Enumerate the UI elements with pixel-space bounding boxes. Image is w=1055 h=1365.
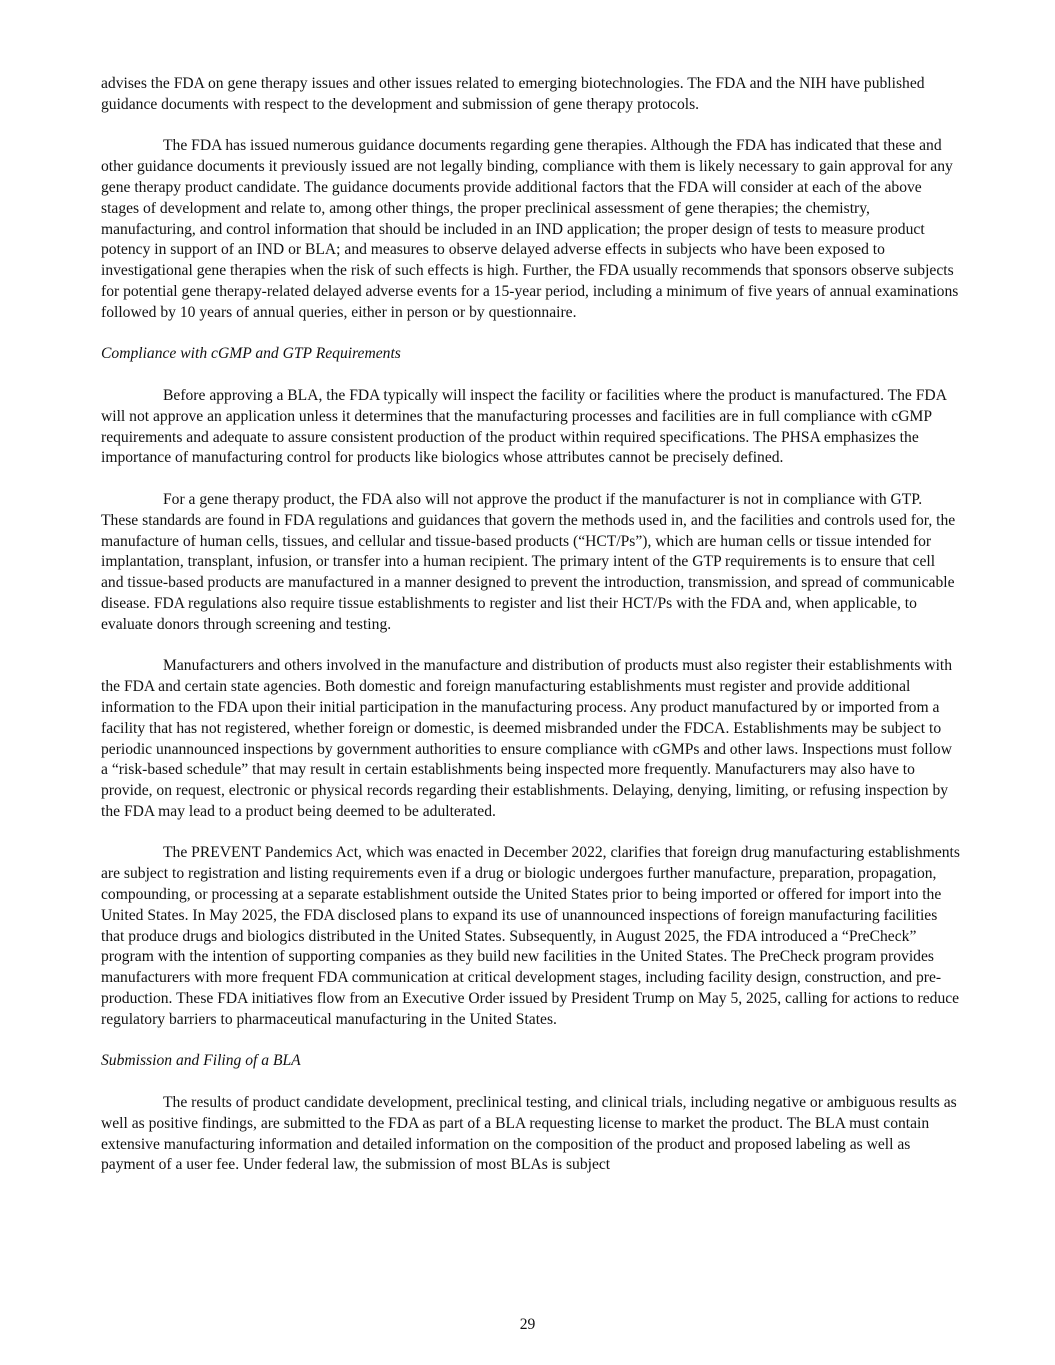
page-number: 29 — [0, 1316, 1055, 1334]
paragraph-establishment-registration: Manufacturers and others involved in the… — [101, 656, 961, 822]
section-heading-bla-submission: Submission and Filing of a BLA — [101, 1051, 961, 1072]
paragraph-prevent-pandemics-act: The PREVENT Pandemics Act, which was ena… — [101, 843, 961, 1030]
paragraph-gtp-compliance: For a gene therapy product, the FDA also… — [101, 490, 961, 636]
paragraph-gene-therapy-advisory: advises the FDA on gene therapy issues a… — [101, 74, 961, 116]
document-page: advises the FDA on gene therapy issues a… — [101, 74, 961, 1197]
paragraph-bla-inspection: Before approving a BLA, the FDA typicall… — [101, 386, 961, 469]
section-heading-cgmp-gtp: Compliance with cGMP and GTP Requirement… — [101, 344, 961, 365]
paragraph-fda-guidance: The FDA has issued numerous guidance doc… — [101, 136, 961, 323]
paragraph-bla-submission: The results of product candidate develop… — [101, 1093, 961, 1176]
